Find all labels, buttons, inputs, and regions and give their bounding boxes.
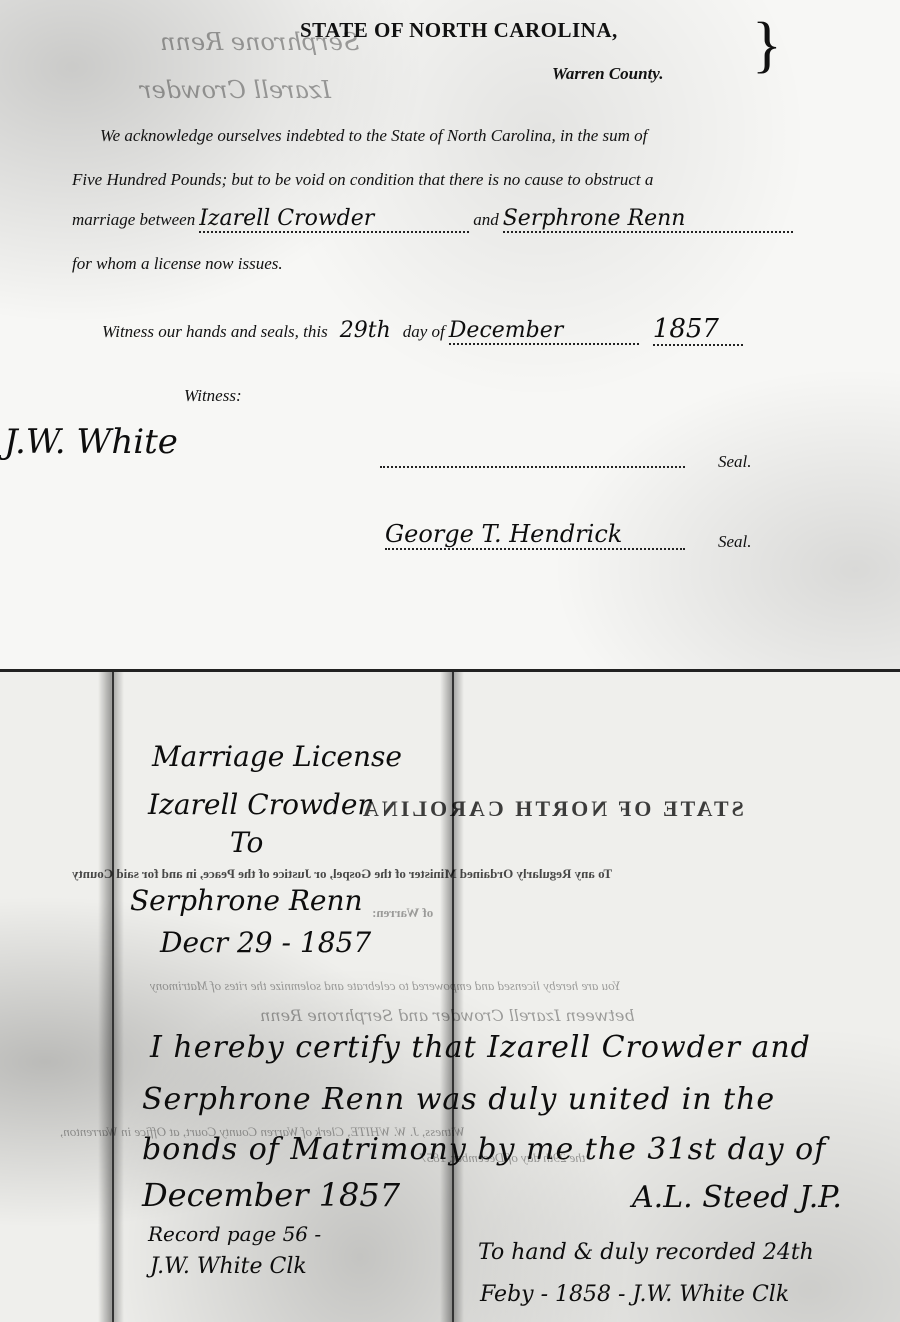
bond-text-line-2: Five Hundred Pounds; but to be void on c… bbox=[72, 170, 653, 190]
docket-date: Decr 29 - 1857 bbox=[160, 926, 371, 959]
docket-title: Marriage License bbox=[152, 740, 402, 773]
recorded-note-line-1: To hand & duly recorded 24th bbox=[478, 1240, 814, 1265]
seal-label-2: Seal. bbox=[718, 532, 752, 552]
bleed-through-groom: Izarell Crowder bbox=[140, 76, 331, 104]
witness-label: Witness: bbox=[184, 386, 242, 406]
mirrored-of-warren: of Warren: bbox=[372, 905, 433, 921]
recorded-note-line-2: Feby - 1858 - J.W. White Clk bbox=[480, 1282, 789, 1307]
mirrored-license-title: STATE OF NORTH CAROLINA bbox=[360, 796, 744, 822]
mirrored-license-address: To any Regularly Ordained Minister of th… bbox=[72, 866, 612, 882]
certificate-line-3: bonds of Matrimony by me the 31st day of bbox=[142, 1132, 826, 1167]
officiant-signature: A.L. Steed J.P. bbox=[632, 1180, 842, 1215]
seal-label-1: Seal. bbox=[718, 452, 752, 472]
mirrored-license-between: between Izarell Crowder and Serphrone Re… bbox=[260, 1006, 635, 1025]
certificate-line-2: Serphrone Renn was duly united in the bbox=[142, 1082, 775, 1117]
certificate-line-4: December 1857 bbox=[142, 1176, 400, 1214]
certificate-line-1: I hereby certify that Izarell Crowder an… bbox=[150, 1030, 811, 1065]
bleed-through-bride: Serphrone Renn bbox=[160, 28, 359, 56]
fold-crease-left bbox=[112, 672, 114, 1322]
bond-date-line: Witness our hands and seals, this 29th d… bbox=[102, 314, 743, 346]
bond-text-line-4: for whom a license now issues. bbox=[72, 254, 283, 274]
signature-line-1 bbox=[380, 448, 685, 468]
groom-name: Izarell Crowder bbox=[199, 206, 469, 233]
fold-shadow-left bbox=[98, 672, 124, 1322]
docket-groom: Izarell Crowder bbox=[148, 788, 371, 821]
clerk-signature: J.W. White Clk bbox=[150, 1254, 307, 1279]
bond-month: December bbox=[449, 318, 639, 345]
witness-signature: J.W. White bbox=[4, 422, 178, 462]
county-brace: } bbox=[752, 14, 782, 76]
bond-text-line-3: marriage between Izarell Crowder and Ser… bbox=[72, 206, 793, 233]
bride-name: Serphrone Renn bbox=[503, 206, 793, 233]
mirrored-license-body: You are hereby licensed and empowered to… bbox=[150, 978, 621, 994]
bond-text-line-1: We acknowledge ourselves indebted to the… bbox=[100, 126, 647, 146]
fold-crease-right bbox=[452, 672, 454, 1322]
signer-george-hendrick: George T. Hendrick bbox=[385, 520, 685, 550]
docket-bride: Serphrone Renn bbox=[130, 884, 363, 917]
docket-to: To bbox=[230, 826, 263, 859]
bond-county: Warren County. bbox=[552, 64, 663, 84]
record-page-note: Record page 56 - bbox=[148, 1222, 321, 1246]
bond-day: 29th bbox=[340, 318, 391, 343]
bond-year: 1857 bbox=[653, 314, 743, 346]
